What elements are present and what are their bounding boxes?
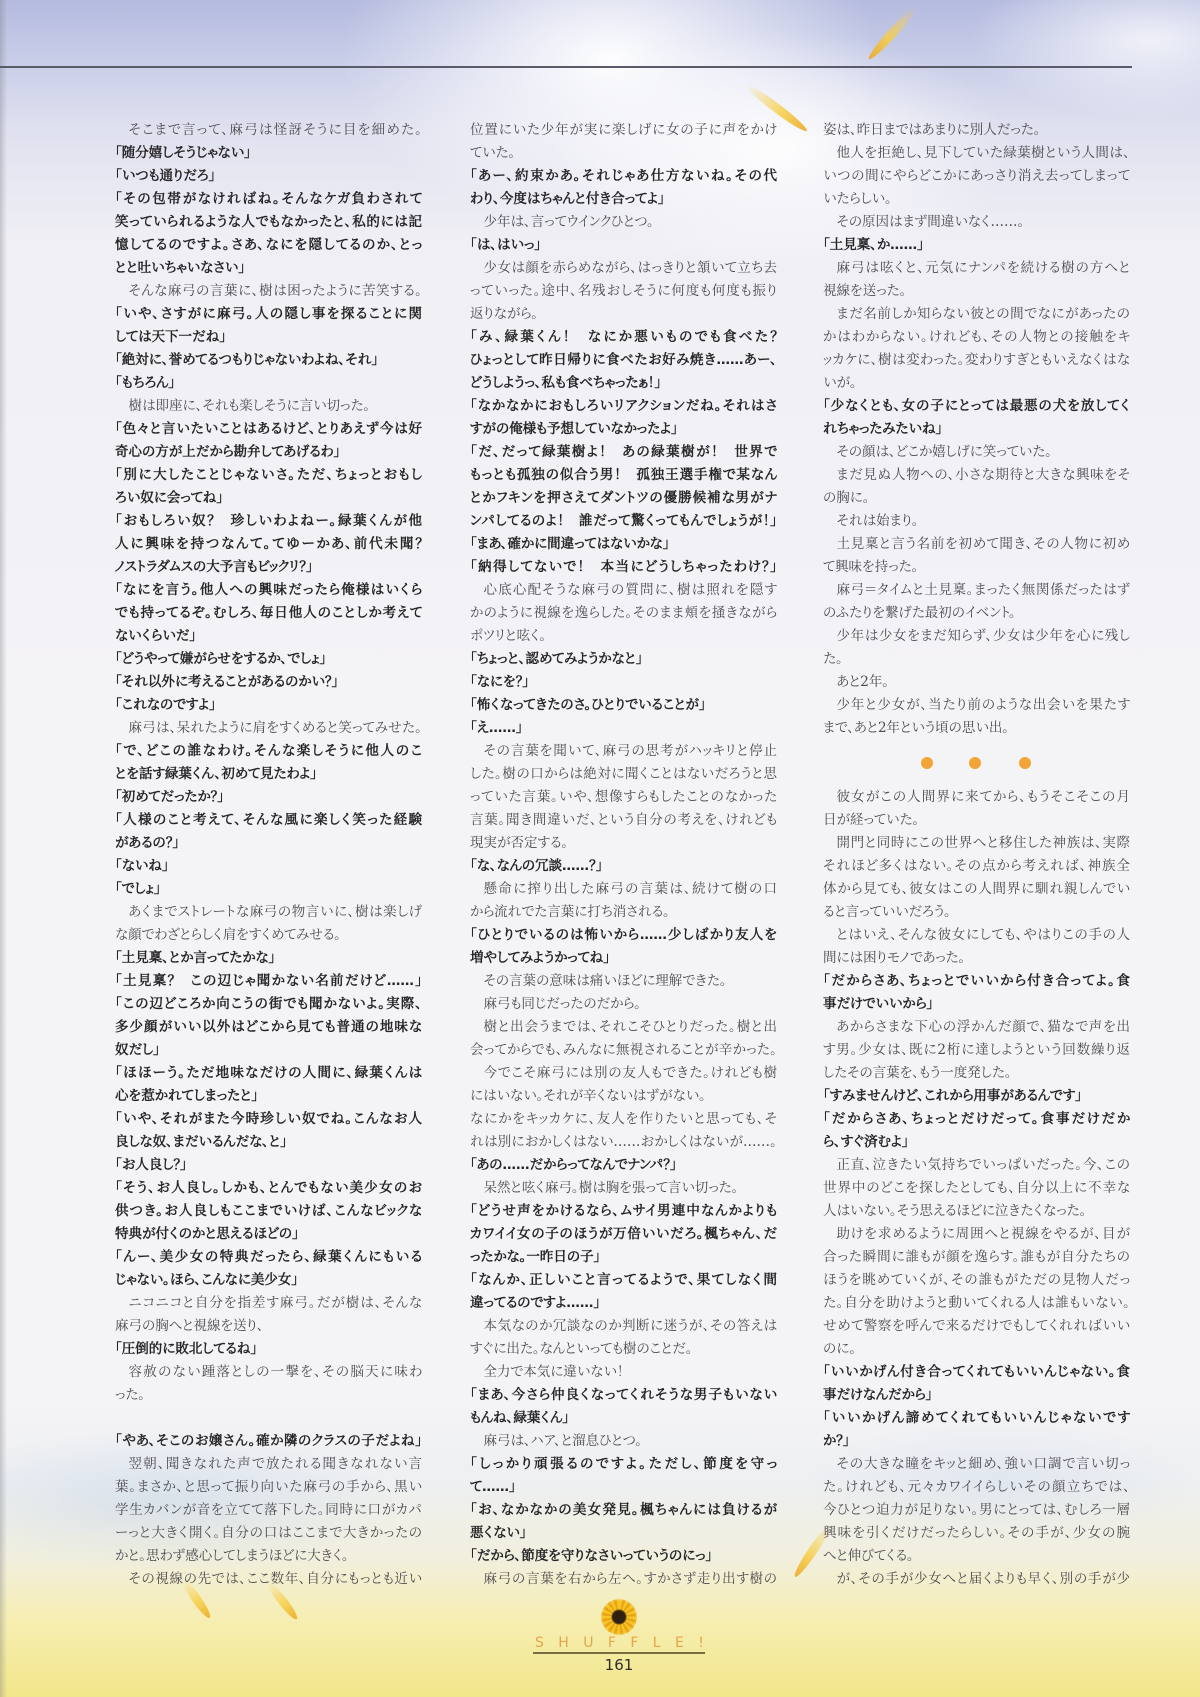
narration-line: 全力で本気に違いない！ [470, 1361, 777, 1384]
dialogue-line: 供つき。お人良しもここまでいけば、こんなビックな [115, 1200, 422, 1223]
narration-line: すぐに出た。なんといっても樹のことだ。 [470, 1338, 777, 1361]
dialogue-line: 憶してるのですよ。さあ、なにを隠してるのか、とっ [115, 234, 422, 257]
narration-line: せめて警察を呼んで来るだけでもしてくれればいい [823, 1315, 1130, 1338]
dialogue-line: 「そう、お人良し。しかも、とんでもない美少女のお [115, 1177, 422, 1200]
narration-line: 間には困りモノであった。 [823, 947, 1130, 970]
section-break-dot [1019, 757, 1031, 769]
narration-line: っていた言葉。いや、想像すらもしたことのなかった [470, 786, 777, 809]
narration-line: まだ名前しか知らない彼との間でなにがあったの [823, 303, 1130, 326]
dialogue-line: 「これなのですよ」 [115, 694, 422, 717]
narration-line: 容赦のない踵落としの一撃を、その脳天に味わ [115, 1361, 422, 1384]
dialogue-line: どうしようっ、私も食べちゃったぁ！」 [470, 372, 777, 395]
narration-line: その原因はまず間違いなく……。 [823, 211, 1130, 234]
dialogue-line: 「土見稟？ この辺じゃ聞かない名前だけど……」 [115, 970, 422, 993]
narration-line: へと伸びてくる。 [823, 1545, 1130, 1568]
narration-line: ッカケに、樹は変わった。変わりすぎともいえなくはな [823, 349, 1130, 372]
dialogue-line: 人に興味を持つなんて。てゆーかあ、前代未聞？ [115, 533, 422, 556]
narration-line: 正直、泣きたい気持ちでいっぱいだった。今、この [823, 1154, 1130, 1177]
dialogue-line: 「それ以外に考えることがあるのかい？」 [115, 671, 422, 694]
dialogue-line: て……」 [470, 1476, 777, 1499]
dialogue-line: 増やしてみようかってね」 [470, 947, 777, 970]
dialogue-line: 「ほほーう。ただ地味なだけの人間に、緑葉くんは [115, 1062, 422, 1085]
text-column-3: 姿は、昨日まではあまりに別人だった。 他人を拒絶し、見下していた緑葉樹という人間… [823, 119, 1130, 1591]
dialogue-line: ンパしてるのよ！ 誰だって驚くってもんでしょうが！」 [470, 510, 777, 533]
dialogue-line: 「やあ、そこのお嬢さん。確か隣のクラスの子だよね」 [115, 1430, 422, 1453]
dialogue-line: 「あー、約束かあ。それじゃあ仕方ないね。その代 [470, 165, 777, 188]
narration-line: 言葉。聞き間違いだ、という自分の考えを、けれども [470, 809, 777, 832]
narration-line: 少年は、言ってウインクひとつ。 [470, 211, 777, 234]
dialogue-line: 「だからさあ、ちょっとでいいから付き合ってよ。食 [823, 970, 1130, 993]
dialogue-line: とかフキンを押さえてダントツの優勝候補な男がナ [470, 487, 777, 510]
text-column-2: 位置にいた少年が実に楽しげに女の子に声をかけ ていた。 「あー、約束かあ。それじ… [470, 119, 777, 1591]
dialogue-line: 「納得してないで！ 本当にどうしちゃったわけ？」 [470, 556, 777, 579]
narration-line: その言葉を聞いて、麻弓の思考がハッキリと停止 [470, 740, 777, 763]
dialogue-line: ら、すぐ済むよ」 [823, 1131, 1130, 1154]
dialogue-line: 「圧倒的に敗北してるね」 [115, 1338, 422, 1361]
narration-line: 心底心配そうな麻弓の質問に、樹は照れを隠す [470, 579, 777, 602]
dialogue-line: 「色々と言いたいことはあるけど、とりあえず今は好 [115, 418, 422, 441]
dialogue-line: 良しな奴、まだいるんだな、と」 [115, 1131, 422, 1154]
dialogue-line: 「いや、それがまた今時珍しい奴でね。こんなお人 [115, 1108, 422, 1131]
narration-line: った。 [115, 1384, 422, 1407]
narration-line: て興味を持った。 [823, 556, 1130, 579]
narration-line: それほど多くはない。その点から考えれば、神族全 [823, 855, 1130, 878]
dialogue-line: ろい奴に会ってね」 [115, 487, 422, 510]
narration-line: あと2年。 [823, 671, 1130, 694]
dialogue-line: 「いいかげん諦めてくれてもいいんじゃないです [823, 1407, 1130, 1430]
dialogue-line: 「いや、さすがに麻弓。人の隠し事を探ることに関 [115, 303, 422, 326]
narration-line: あくまでストレートな麻弓の物言いに、樹は楽しげ [115, 901, 422, 924]
narration-line: その言葉の意味は痛いほどに理解できた。 [470, 970, 777, 993]
dialogue-line: があるの？」 [115, 832, 422, 855]
dialogue-line: 「その包帯がなければね。そんなケガ負わされて [115, 188, 422, 211]
dialogue-line: 「どうやって嫌がらせをするか、でしょ」 [115, 648, 422, 671]
narration-line: 今でこそ麻弓には別の友人もできた。けれども樹 [470, 1062, 777, 1085]
dialogue-line: 「あの……だからってなんでナンパ？」 [470, 1154, 777, 1177]
narration-line: た。けれども、元々カワイイらしいその顔立ちでは、 [823, 1476, 1130, 1499]
narration-line: 他人を拒絶し、見下していた緑葉樹という人間は、 [823, 142, 1130, 165]
narration-line: 視線を送った。 [823, 280, 1130, 303]
dialogue-line: 悪くない」 [470, 1522, 777, 1545]
dialogue-line: 「だ、だって緑葉樹よ！ あの緑葉樹が！ 世界で [470, 441, 777, 464]
dialogue-line: 「しっかり頑張るのですよ。ただし、節度を守っ [470, 1453, 777, 1476]
narration-line: 現実が否定する。 [470, 832, 777, 855]
narration-line: 会ってからでも、みんなに無視されることが辛かった。 [470, 1039, 777, 1062]
dialogue-line: 「だからさあ、ちょっとだけだって。食事だけだか [823, 1108, 1130, 1131]
narration-line: 葉。まさか、と思って振り向いた麻弓の手から、黒い [115, 1476, 422, 1499]
footer-rule [533, 1652, 705, 1654]
narration-line: ポツリと呟く。 [470, 625, 777, 648]
narration-line: ーっと大きく開く。自分の口はここまで大きかったの [115, 1522, 422, 1545]
narration-line: 少年と少女が、当たり前のような出会いを果たす [823, 694, 1130, 717]
narration-line: そんな麻弓の言葉に、樹は困ったように苦笑する。 [115, 280, 422, 303]
dialogue-line: 「いつも通りだろ」 [115, 165, 422, 188]
narration-line: れは別におかしくはない……おかしくはないが……。 [470, 1131, 777, 1154]
narration-line: 合った瞬間に誰もが顔を逸らす。誰もが自分たちの [823, 1246, 1130, 1269]
dialogue-line: 「お人良し？」 [115, 1154, 422, 1177]
dialogue-line: 多少顔がいい以外はどこから見ても普通の地味な [115, 1016, 422, 1039]
narration-line: 麻弓も同じだったのだから。 [470, 993, 777, 1016]
dialogue-line: でも持ってるぞ。むしろ、毎日他人のことしか考えて [115, 602, 422, 625]
narration-line: かはわからない。けれども、その人物との接触をキ [823, 326, 1130, 349]
dialogue-line: 「で、どこの誰なわけ。そんな楽しそうに他人のこ [115, 740, 422, 763]
dialogue-line: 「ないね」 [115, 855, 422, 878]
dialogue-line: 特典が付くのかと思えるほどの」 [115, 1223, 422, 1246]
dialogue-line: 事だけでいいから」 [823, 993, 1130, 1016]
dialogue-line: 「ひとりでいるのは怖いから……少しばかり友人を [470, 924, 777, 947]
series-title: SHUFFLE! [535, 1634, 735, 1652]
dialogue-line: もんね、緑葉くん」 [470, 1407, 777, 1430]
narration-line: た。 [823, 648, 1130, 671]
dialogue-line: ったかな。一昨日の子」 [470, 1246, 777, 1269]
dialogue-line: 「どうせ声をかけるなら、ムサイ男連中なんかよりも [470, 1200, 777, 1223]
narration-line: 本気なのか冗談なのか判断に迷うが、その答えは [470, 1315, 777, 1338]
narration-line: 彼女がこの人間界に来てから、もうそこそこの月 [823, 786, 1130, 809]
dialogue-line: 「な、なんの冗談……？」 [470, 855, 777, 878]
dialogue-line: とと吐いちゃいなさい」 [115, 257, 422, 280]
dialogue-line: 「いいかげん付き合ってくれてもいいんじゃない。食 [823, 1361, 1130, 1384]
dialogue-line: 心を惹かれてしまったと」 [115, 1085, 422, 1108]
dialogue-line: じゃない。ほら、こんなに美少女」 [115, 1269, 422, 1292]
narration-line: それは始まり。 [823, 510, 1130, 533]
dialogue-line: ひょっとして昨日帰りに食べたお好み焼き……あー、 [470, 349, 777, 372]
narration-line: いつの間にやらどこかにあっさり消え去ってしまって [823, 165, 1130, 188]
dialogue-line: 「なにを言う。他人への興味だったら俺様はいくら [115, 579, 422, 602]
narration-line: 少年は少女をまだ知らず、少女は少年を心に残し [823, 625, 1130, 648]
narration-line: まだ見ぬ人物への、小さな期待と大きな興味をそ [823, 464, 1130, 487]
dialogue-line: すがの俺様も予想していなかったよ」 [470, 418, 777, 441]
narration-line: した。樹の口からは絶対に聞くことはないだろうと思 [470, 763, 777, 786]
narration-line: す男。少女は、既に2桁に達しようという回数繰り返 [823, 1039, 1130, 1062]
narration-line: 樹と出会うまでは、それこそひとりだった。樹と出 [470, 1016, 777, 1039]
narration-line: 世界中のどこを探したとしても、自分以上に不幸な [823, 1177, 1130, 1200]
dialogue-line: 奴だし」 [115, 1039, 422, 1062]
narration-line: したその言葉を、もう一度発した。 [823, 1062, 1130, 1085]
narration-line: 麻弓は、ハア、と溜息ひとつ。 [470, 1430, 777, 1453]
dialogue-line: ノストラダムスの大予言もビックリ？」 [115, 556, 422, 579]
narration-line: にはいない。それが辛くないはずがない。 [470, 1085, 777, 1108]
dialogue-line: 「まあ、今さら仲良くなってくれそうな男子もいない [470, 1384, 777, 1407]
dialogue-line: 「土見稟、か……」 [823, 234, 1130, 257]
dialogue-line: 「別に大したことじゃないさ。ただ、ちょっとおもし [115, 464, 422, 487]
narration-line: ると言っていいだろう。 [823, 901, 1130, 924]
dialogue-line: 「なんか、正しいこと言ってるようで、果てしなく間 [470, 1269, 777, 1292]
text-column-1: そこまで言って、麻弓は怪訝そうに目を細めた。 「随分嬉しそうじゃない」 「いつも… [115, 119, 422, 1591]
page-number: 161 [589, 1656, 649, 1674]
dialogue-line: 「おもしろい奴？ 珍しいわよねー。緑葉くんが他 [115, 510, 422, 533]
dialogue-line: 「絶対に、誉めてるつもりじゃないわよね、それ」 [115, 349, 422, 372]
narration-line: とはいえ、そんな彼女にしても、やはりこの手の人 [823, 924, 1130, 947]
narration-line: 助けを求めるように周囲へと視線をやるが、目が [823, 1223, 1130, 1246]
narration-line: 翌朝、聞きなれた声で放たれる聞きなれない言 [115, 1453, 422, 1476]
dialogue-line: とを話す緑葉くん、初めて見たわよ」 [115, 763, 422, 786]
dialogue-line: 「は、はいっ」 [470, 234, 777, 257]
dialogue-line: 「なかなかにおもしろいリアクションだね。それはさ [470, 395, 777, 418]
narration-line: その大きな瞳をキッと細め、強い口調で言い切っ [823, 1453, 1130, 1476]
narration-line: から流れでた言葉に打ち消される。 [470, 901, 777, 924]
section-break-dot [921, 757, 933, 769]
dialogue-line: 「でしょ」 [115, 878, 422, 901]
page-binding-edge [0, 0, 7, 1697]
dialogue-line: 「この辺どころか向こうの街でも聞かないよ。実際、 [115, 993, 422, 1016]
section-break [823, 740, 1130, 786]
dialogue-line: 「だから、節度を守りなさいっていうのにっ」 [470, 1545, 777, 1568]
narration-line: その視線の先では、ここ数年、自分にもっとも近い [115, 1568, 422, 1591]
narration-line: 樹は即座に、それも楽しそうに言い切った。 [115, 395, 422, 418]
narration-line: 懸命に搾り出した麻弓の言葉は、続けて樹の口 [470, 878, 777, 901]
narration-line: 麻弓＝タイムと土見稟。まったく無関係だったはず [823, 579, 1130, 602]
dialogue-line: れちゃったみたいね」 [823, 418, 1130, 441]
narration-line: 姿は、昨日まではあまりに別人だった。 [823, 119, 1130, 142]
dialogue-line: 「すみませんけど、これから用事があるんです」 [823, 1085, 1130, 1108]
narration-line: ニコニコと自分を指差す麻弓。だが樹は、そんな [115, 1292, 422, 1315]
dialogue-line: 「なにを？」 [470, 671, 777, 694]
sunflower-icon [601, 1599, 637, 1635]
dialogue-line: もっとも孤独の似合う男！ 孤独王選手権で某なん [470, 464, 777, 487]
narration-line: 学生カバンが音を立てて落下した。同時に口がカパ [115, 1499, 422, 1522]
dialogue-line: か？」 [823, 1430, 1130, 1453]
narration-line: いが。 [823, 372, 1130, 395]
narration-line: ほうを眺めていくが、その誰もがただの見物人だっ [823, 1269, 1130, 1292]
dialogue-line: 「もちろん」 [115, 372, 422, 395]
dialogue-line: 「お、なかなかの美女発見。楓ちゃんには負けるが [470, 1499, 777, 1522]
narration-line: 麻弓は、呆れたように肩をすくめると笑ってみせた。 [115, 717, 422, 740]
dialogue-line: 「人様のこと考えて、そんな風に楽しく笑った経験 [115, 809, 422, 832]
narration-line: 位置にいた少年が実に楽しげに女の子に声をかけ [470, 119, 777, 142]
narration-line: 開門と同時にこの世界へと移住した神族は、実際 [823, 832, 1130, 855]
dialogue-line: 笑っていられるような人でもなかったと、私的には記 [115, 211, 422, 234]
narration-line: 土見稟と言う名前を初めて聞き、その人物に初め [823, 533, 1130, 556]
dialogue-line: 「んー、美少女の特典だったら、緑葉くんにもいる [115, 1246, 422, 1269]
narration-line: 返りながら。 [470, 303, 777, 326]
narration-line: 麻弓の言葉を右から左へ。すかさず走り出す樹の [470, 1568, 777, 1591]
dialogue-line: 「土見稟、とか言ってたかな」 [115, 947, 422, 970]
dialogue-line: 「ちょっと、認めてみようかなと」 [470, 648, 777, 671]
dialogue-line: 奇心の方が上だから勘弁してあげるわ」 [115, 441, 422, 464]
narration-line: そこまで言って、麻弓は怪訝そうに目を細めた。 [115, 119, 422, 142]
narration-line: な顔でわざとらしく肩をすくめてみせる。 [115, 924, 422, 947]
narration-line: のに。 [823, 1338, 1130, 1361]
narration-line: 体から見ても、彼女はこの人間界に馴れ親しんでい [823, 878, 1130, 901]
narration-line: 少女は顔を赤らめながら、はっきりと頷いて立ち去 [470, 257, 777, 280]
narration-line: の胸に。 [823, 487, 1130, 510]
dialogue-line: 違ってるのですよ……」 [470, 1292, 777, 1315]
dialogue-line: 事だけなんだから」 [823, 1384, 1130, 1407]
narration-line: ていた。 [470, 142, 777, 165]
header-rule [0, 66, 1132, 68]
dialogue-line: カワイイ女の子のほうが万倍いいだろ。楓ちゃん、だ [470, 1223, 777, 1246]
dialogue-line: 「随分嬉しそうじゃない」 [115, 142, 422, 165]
petal-decoration [866, 4, 920, 62]
narration-line: のふたりを繋げた最初のイベント。 [823, 602, 1130, 625]
dialogue-line: 「初めてだったか？」 [115, 786, 422, 809]
narration-line: た。自分を助けようと動いてくれる人は誰もいない。 [823, 1292, 1130, 1315]
narration-line: なにかをキッカケに、友人を作りたいと思っても、そ [470, 1108, 777, 1131]
dialogue-line: 「怖くなってきたのさ。ひとりでいることが」 [470, 694, 777, 717]
dialogue-line: 「え……」 [470, 717, 777, 740]
dialogue-line: 「み、緑葉くん！ なにか悪いものでも食べた？ [470, 326, 777, 349]
narration-line: その顔は、どこか嬉しげに笑っていた。 [823, 441, 1130, 464]
narration-line: あからさまな下心の浮かんだ顔で、猫なで声を出 [823, 1016, 1130, 1039]
narration-line: が、その手が少女へと届くよりも早く、別の手が少 [823, 1568, 1130, 1591]
narration-line: 呆然と呟く麻弓。樹は胸を張って言い切った。 [470, 1177, 777, 1200]
dialogue-line: わり、今度はちゃんと付き合ってよ」 [470, 188, 777, 211]
scene-break-spacer [115, 1407, 422, 1430]
narration-line: 今ひとつ迫力が足りない。男にとっては、むしろ一層 [823, 1499, 1130, 1522]
narration-line: いたらしい。 [823, 188, 1130, 211]
narration-line: まで、あと2年という頃の思い出。 [823, 717, 1130, 740]
narration-line: 興味を引くだけだったらしい。その手が、少女の腕 [823, 1522, 1130, 1545]
dialogue-line: ないくらいだ」 [115, 625, 422, 648]
narration-line: 麻弓の胸へと視線を送り、 [115, 1315, 422, 1338]
dialogue-line: しては天下一だね」 [115, 326, 422, 349]
narration-line: かと。思わず感心してしまうほどに大きく。 [115, 1545, 422, 1568]
narration-line: かのように視線を逸らした。そのまま頬を掻きながら [470, 602, 777, 625]
dialogue-line: 「少なくとも、女の子にとっては最悪の犬を放してく [823, 395, 1130, 418]
section-break-dot [969, 757, 981, 769]
narration-line: 日が経っていた。 [823, 809, 1130, 832]
narration-line: 人はいない。そう思えるほどに泣きたくなった。 [823, 1200, 1130, 1223]
narration-line: っていった。途中、名残おしそうに何度も何度も振り [470, 280, 777, 303]
dialogue-line: 「まあ、確かに間違ってはないかな」 [470, 533, 777, 556]
narration-line: 麻弓は呟くと、元気にナンパを続ける樹の方へと [823, 257, 1130, 280]
